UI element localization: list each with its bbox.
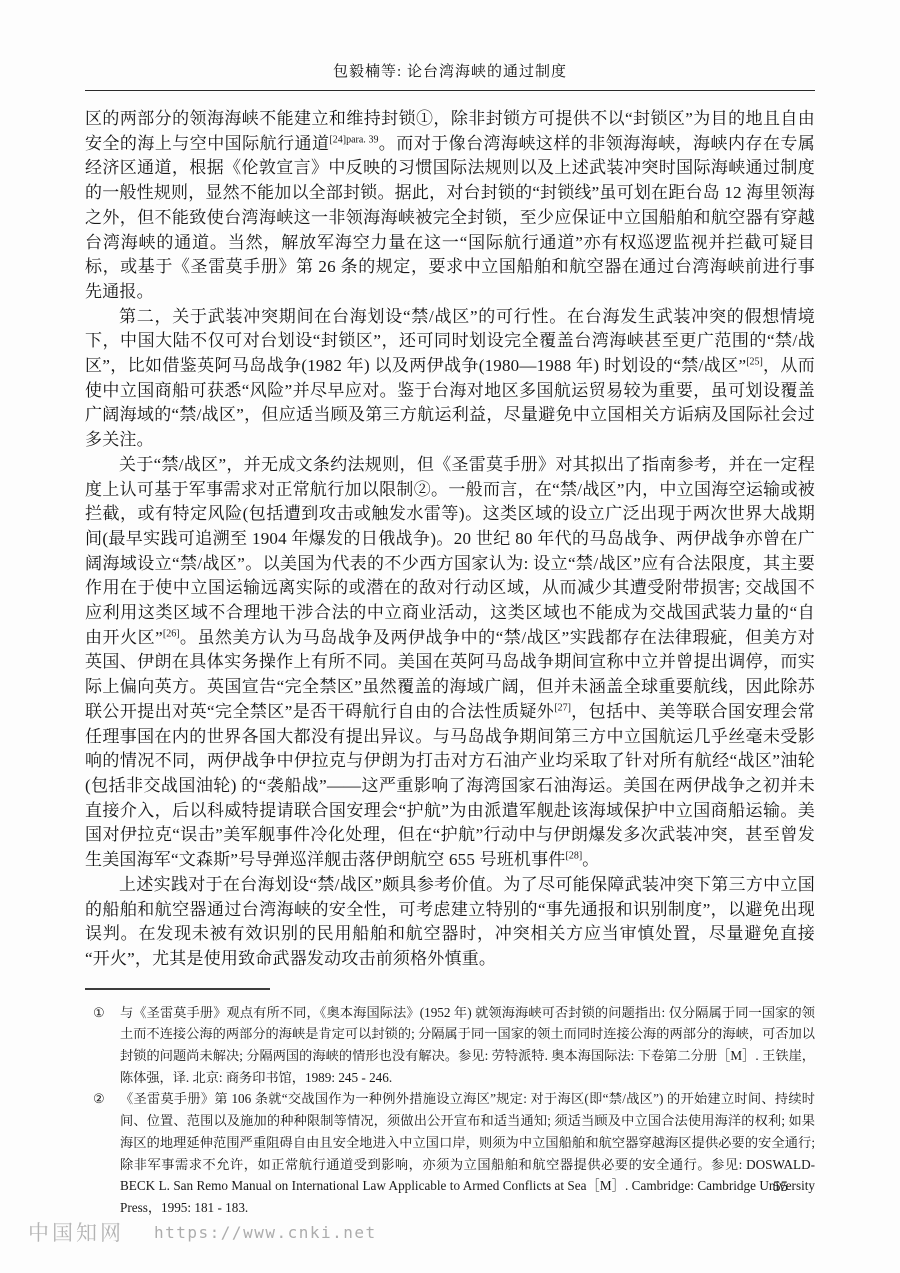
footnote: ①与《圣雷莫手册》观点有所不同，《奥本海国际法》(1952 年) 就领海海峡可否… xyxy=(85,1002,815,1089)
watermark: 中国知网 https://www.cnki.net xyxy=(28,1217,377,1247)
watermark-url: https://www.cnki.net xyxy=(154,1223,377,1242)
body-paragraph: 第二，关于武装冲突期间在台海划设“禁/战区”的可行性。在台海发生武装冲突的假想情… xyxy=(85,305,815,453)
watermark-site-name: 中国知网 xyxy=(28,1217,124,1247)
footnote-text: 与《圣雷莫手册》观点有所不同，《奥本海国际法》(1952 年) 就领海海峡可否封… xyxy=(120,1002,815,1089)
footnotes-list: ①与《圣雷莫手册》观点有所不同，《奥本海国际法》(1952 年) 就领海海峡可否… xyxy=(85,1002,815,1219)
citation-ref: [26] xyxy=(163,628,180,639)
body-paragraph: 上述实践对于在台海划设“禁/战区”颇具参考价值。为了尽可能保障武装冲突下第三方中… xyxy=(85,873,815,972)
body-paragraph: 关于“禁/战区”，并无成文条约法规则，但《圣雷莫手册》对其拟出了指南参考，并在一… xyxy=(85,453,815,873)
page-number: 55 xyxy=(773,1179,788,1196)
footnote: ②《圣雷莫手册》第 106 条就“交战国作为一种例外措施设立海区”规定: 对于海… xyxy=(85,1088,815,1218)
footnote-marker: ① xyxy=(93,1002,120,1089)
citation-ref: [27] xyxy=(554,702,571,713)
footnote-separator xyxy=(85,988,270,990)
running-title: 包毅楠等: 论台湾海峡的通过制度 xyxy=(0,0,900,81)
footnotes-section: ①与《圣雷莫手册》观点有所不同，《奥本海国际法》(1952 年) 就领海海峡可否… xyxy=(85,988,815,1219)
paragraph-text: 。而对于像台湾海峡这样的非领海海峡，海峡内存在专属经济区通道，根据《伦敦宣言》中… xyxy=(85,134,815,301)
paragraph-text: 第二，关于武装冲突期间在台海划设“禁/战区”的可行性。在台海发生武装冲突的假想情… xyxy=(85,307,815,375)
header-rule xyxy=(85,90,815,91)
footnote-marker: ② xyxy=(93,1088,120,1218)
citation-ref: [25] xyxy=(746,356,763,367)
citation-ref: [28] xyxy=(566,850,583,861)
paragraph-text: 上述实践对于在台海划设“禁/战区”颇具参考价值。为了尽可能保障武装冲突下第三方中… xyxy=(85,875,815,968)
paragraph-text: ，包括中、美等联合国安理会常任理事国在内的世界各国大都没有提出异议。与马岛战争期… xyxy=(85,702,815,869)
article-body: 区的两部分的领海海峡不能建立和维持封锁①，除非封锁方可提供不以“封锁区”为目的地… xyxy=(85,107,815,972)
document-page: 包毅楠等: 论台湾海峡的通过制度 区的两部分的领海海峡不能建立和维持封锁①，除非… xyxy=(0,0,900,1273)
paragraph-text: 。 xyxy=(582,850,599,869)
footnote-text: 《圣雷莫手册》第 106 条就“交战国作为一种例外措施设立海区”规定: 对于海区… xyxy=(120,1088,815,1218)
citation-ref: [24]para. 39 xyxy=(329,134,378,145)
paragraph-text: 关于“禁/战区”，并无成文条约法规则，但《圣雷莫手册》对其拟出了指南参考，并在一… xyxy=(85,455,815,647)
body-paragraph: 区的两部分的领海海峡不能建立和维持封锁①，除非封锁方可提供不以“封锁区”为目的地… xyxy=(85,107,815,305)
